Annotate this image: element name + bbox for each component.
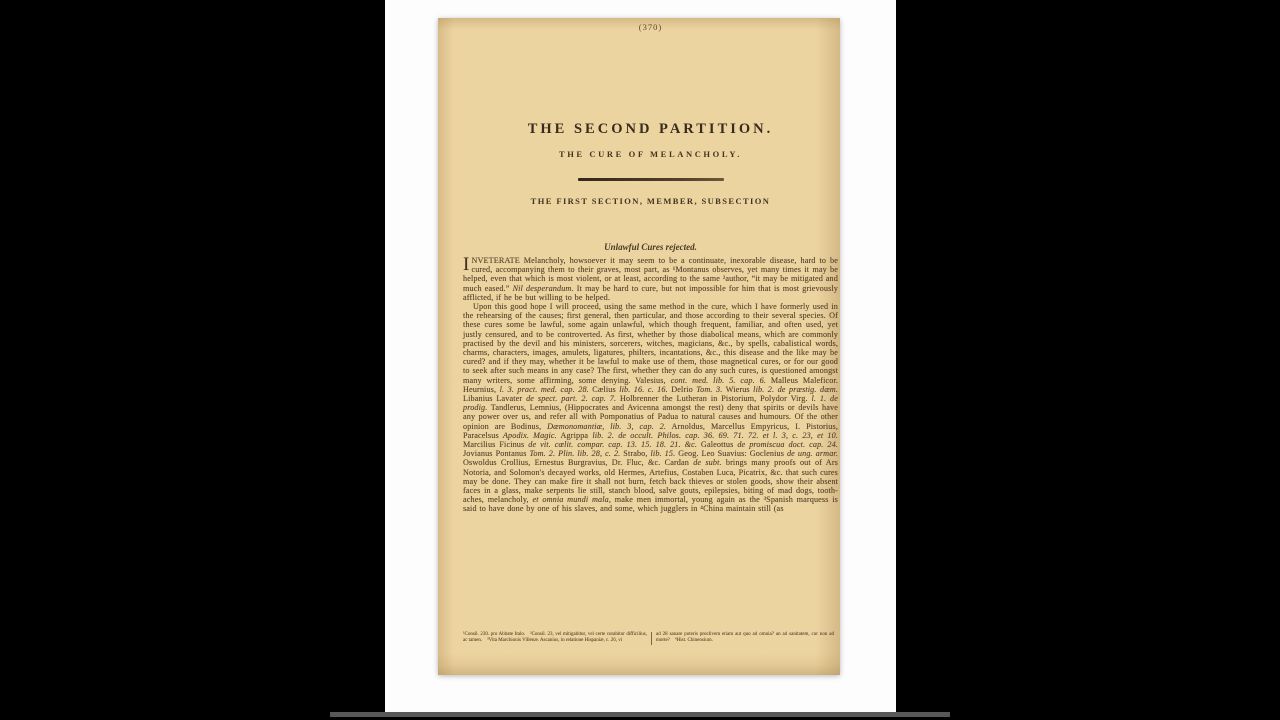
page-content: (370) THE SECOND PARTITION. THE CURE OF … bbox=[463, 18, 838, 675]
paragraph-1: INVETERATE Melancholy, howsoever it may … bbox=[463, 256, 838, 302]
paragraph-1-text: NVETERATE Melancholy, howsoever it may s… bbox=[463, 256, 838, 302]
ornamental-rule bbox=[578, 178, 724, 181]
player-bottom-bar bbox=[330, 712, 950, 717]
subsection-heading: Unlawful Cures rejected. bbox=[463, 242, 838, 252]
video-frame: (370) THE SECOND PARTITION. THE CURE OF … bbox=[0, 0, 1280, 720]
footnotes-block: ¹Consil. 230. pro Abbate Italo. ²Consil.… bbox=[463, 632, 838, 645]
footnote-column-left: ¹Consil. 230. pro Abbate Italo. ²Consil.… bbox=[463, 632, 647, 645]
footnote-column-right: ad 28 sanare poteris proclivem etiam aut… bbox=[656, 632, 834, 645]
paragraph-2: Upon this good hope I will proceed, usin… bbox=[463, 302, 838, 514]
partition-subtitle: THE CURE OF MELANCHOLY. bbox=[463, 149, 838, 159]
partition-title: THE SECOND PARTITION. bbox=[463, 121, 838, 138]
book-page: (370) THE SECOND PARTITION. THE CURE OF … bbox=[438, 18, 840, 675]
page-number: (370) bbox=[463, 22, 838, 32]
body-text: INVETERATE Melancholy, howsoever it may … bbox=[463, 256, 838, 514]
scan-backdrop: (370) THE SECOND PARTITION. THE CURE OF … bbox=[385, 0, 896, 712]
footnote-divider bbox=[651, 632, 652, 645]
section-heading: THE FIRST SECTION, MEMBER, SUBSECTION bbox=[463, 196, 838, 206]
